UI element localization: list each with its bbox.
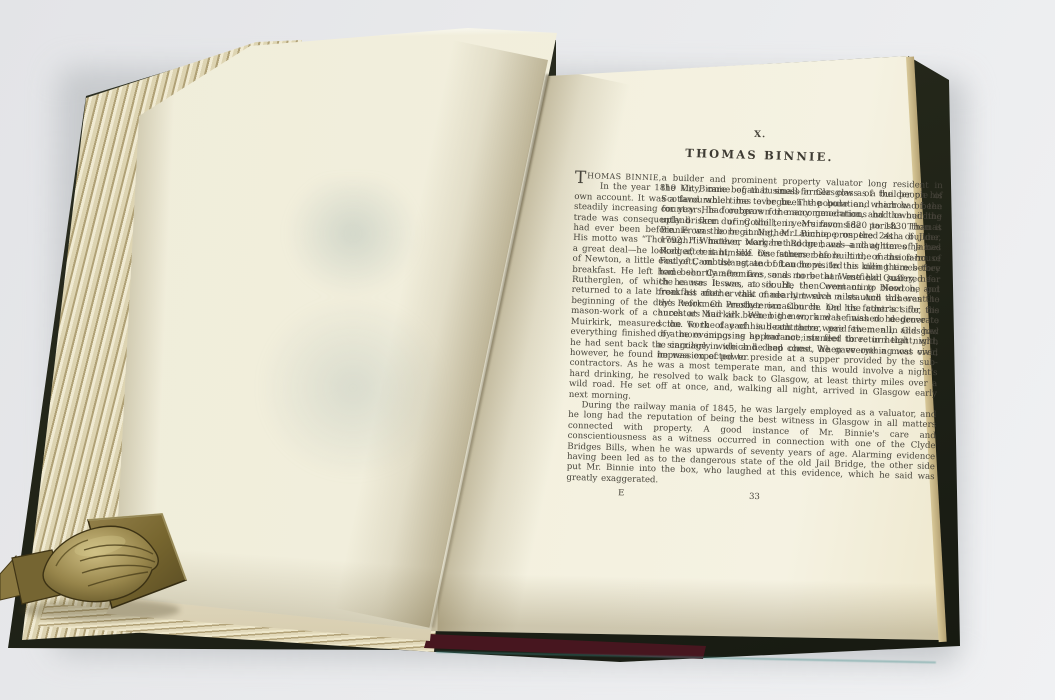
page-title: THOMAS BINNIE.	[575, 143, 943, 167]
hand-shadow	[20, 599, 180, 621]
brass-hand-page-holder	[0, 494, 196, 626]
right-page-top-highlight	[548, 37, 910, 69]
page-text-column: X. THOMAS BINNIE. THOMAS BINNIE, a build…	[566, 125, 944, 511]
paragraph-1-text: a builder and prominent property valuato…	[657, 173, 943, 368]
signature-mark: E	[618, 488, 624, 498]
drop-cap: T	[575, 171, 587, 186]
paragraph-3: During the railway mania of 1845, he was…	[566, 400, 936, 493]
lead-small-caps: HOMAS BINNIE,	[587, 171, 662, 182]
left-page-top-highlight	[250, 23, 562, 39]
photo-scene: X. THOMAS BINNIE. THOMAS BINNIE, a build…	[0, 0, 1055, 700]
page-number: 33	[749, 492, 760, 502]
